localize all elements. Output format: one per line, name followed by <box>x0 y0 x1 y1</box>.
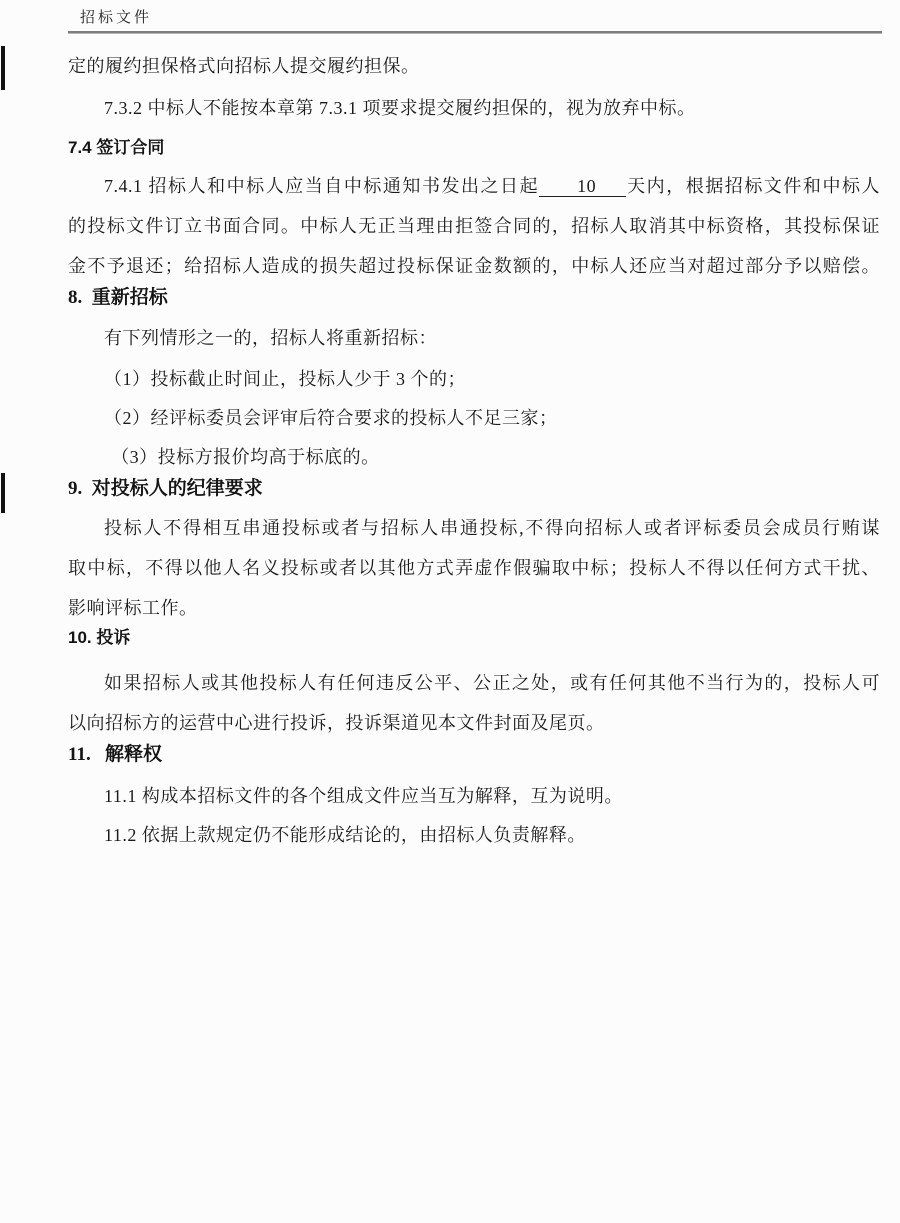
paragraph-9: 投标人不得相互串通投标或者与招标人串通投标,不得向招标人或者评标委员会成员行贿谋… <box>68 508 880 628</box>
heading-10: 10. 投诉 <box>68 626 880 650</box>
heading-9: 9. 对投标人的纪律要求 <box>68 476 880 502</box>
paragraph-9-line-3: 影响评标工作。 <box>68 588 880 628</box>
list-item-3: （3）投标方报价均高于标底的。 <box>68 437 880 477</box>
fill-in-blank-days: 10 <box>539 176 626 197</box>
paragraph-7-4-1-prefix: 7.4.1 招标人和中标人应当自中标通知书发出之日起 <box>104 176 539 196</box>
paragraph-9-line-1: 投标人不得相互串通投标或者与招标人串通投标,不得向招标人或者评标委员会成员行贿谋 <box>68 508 880 548</box>
paragraph-10: 如果招标人或其他投标人有任何违反公平、公正之处，或有任何其他不当行为的，投标人可… <box>68 663 880 743</box>
paragraph-7-3-2: 7.3.2 中标人不能按本章第 7.3.1 项要求提交履约担保的，视为放弃中标。 <box>68 88 880 128</box>
paragraph-11-2: 11.2 依据上款规定仍不能形成结论的，由招标人负责解释。 <box>68 815 880 855</box>
paragraph-10-line-1: 如果招标人或其他投标人有任何违反公平、公正之处，或有任何其他不当行为的，投标人可 <box>68 663 880 703</box>
fill-in-blank-value: 10 <box>577 176 596 196</box>
paragraph-10-line-2: 以向招标方的运营中心进行投诉，投诉渠道见本文件封面及尾页。 <box>68 703 880 743</box>
header-rule <box>68 31 882 34</box>
list-item-1: （1）投标截止时间止，投标人少于 3 个的； <box>68 359 880 399</box>
heading-11: 11. 解释权 <box>68 742 880 768</box>
page-header-title: 招标文件 <box>80 6 152 27</box>
margin-revision-mark <box>1 473 5 513</box>
list-item-2: （2）经评标委员会评审后符合要求的投标人不足三家； <box>68 398 880 438</box>
paragraph-7-4-1: 7.4.1 招标人和中标人应当自中标通知书发出之日起10天内，根据招标文件和中标… <box>68 166 880 286</box>
paragraph-9-line-2: 取中标，不得以他人名义投标或者以其他方式弄虚作假骗取中标；投标人不得以任何方式干… <box>68 548 880 588</box>
heading-7-4: 7.4 签订合同 <box>68 136 880 160</box>
paragraph-8-intro: 有下列情形之一的，招标人将重新招标： <box>68 318 880 358</box>
document-page: 招标文件 定的履约担保格式向招标人提交履约担保。 7.3.2 中标人不能按本章第… <box>0 0 900 1223</box>
paragraph-continuation: 定的履约担保格式向招标人提交履约担保。 <box>68 46 880 86</box>
paragraph-7-4-1-line-3: 金不予退还；给招标人造成的损失超过投标保证金数额的，中标人还应当对超过部分予以赔… <box>68 246 880 286</box>
paragraph-7-4-1-line-2: 的投标文件订立书面合同。中标人无正当理由拒签合同的，招标人取消其中标资格，其投标… <box>68 206 880 246</box>
heading-8: 8. 重新招标 <box>68 285 880 311</box>
paragraph-7-4-1-line-1: 7.4.1 招标人和中标人应当自中标通知书发出之日起10天内，根据招标文件和中标… <box>68 166 880 206</box>
paragraph-7-4-1-suffix: 天内，根据招标文件和中标人 <box>626 176 880 196</box>
paragraph-11-1: 11.1 构成本招标文件的各个组成文件应当互为解释，互为说明。 <box>68 776 880 816</box>
margin-revision-mark <box>1 46 5 90</box>
